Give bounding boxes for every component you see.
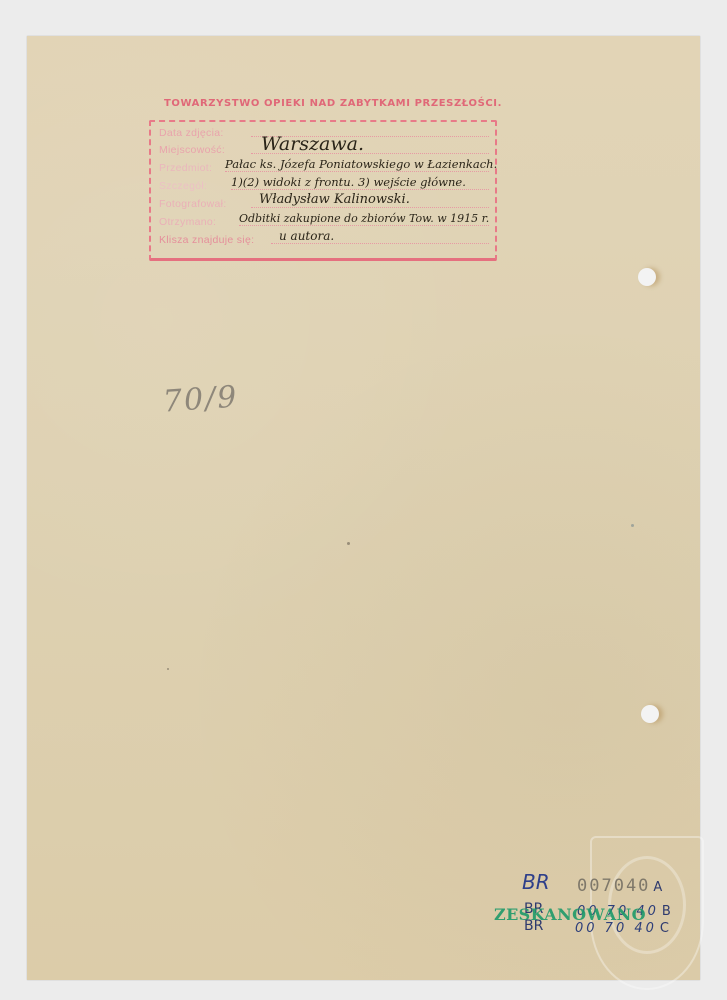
ink-speck	[167, 668, 169, 670]
document-sheet: TOWARZYSTWO OPIEKI NAD ZABYTKAMI PRZESZŁ…	[27, 36, 700, 980]
field-value: Władysław Kalinowski.	[259, 192, 410, 207]
punch-hole-bottom	[641, 705, 659, 723]
field-label: Data zdjęcia:	[159, 127, 251, 139]
catalog-numbers: BR 007040A BR 00 70 40B BR 00 70 40C	[497, 826, 697, 976]
field-label: Klisza znajduje się:	[159, 234, 271, 246]
field-label: Miejscowość:	[159, 144, 251, 156]
catalog-number-a: 007040A	[577, 876, 662, 896]
punch-hole-top	[638, 268, 656, 286]
field-label: Szczegół:	[159, 180, 231, 192]
field-negative: Klisza znajduje się: u autora.	[159, 231, 489, 246]
scanned-stamp: ZESKANOWANO	[494, 905, 646, 924]
field-value: Warszawa.	[261, 133, 364, 155]
field-value: u autora.	[279, 229, 334, 243]
pencil-inventory-note: 70/9	[162, 379, 240, 419]
field-value: Odbitki zakupione do zbiorów Tow. w 1915…	[239, 212, 489, 225]
field-label: Fotografował:	[159, 198, 251, 210]
field-subject: Przedmiot: Pałac ks. Józefa Poniatowskie…	[159, 159, 489, 174]
catalog-suffix: A	[653, 880, 662, 895]
catalog-prefix: BR	[522, 870, 550, 894]
society-stamp: TOWARZYSTWO OPIEKI NAD ZABYTKAMI PRZESZŁ…	[147, 98, 519, 262]
field-value: 1)(2) widoki z frontu. 3) wejście główne…	[231, 175, 466, 189]
stamp-header: TOWARZYSTWO OPIEKI NAD ZABYTKAMI PRZESZŁ…	[147, 98, 519, 109]
field-received: Otrzymano: Odbitki zakupione do zbiorów …	[159, 213, 489, 228]
field-photographer: Fotografował: Władysław Kalinowski.	[159, 195, 489, 210]
field-label: Otrzymano:	[159, 216, 239, 228]
ink-speck	[631, 524, 634, 527]
ink-speck	[347, 542, 350, 545]
field-value: Pałac ks. Józefa Poniatowskiego w Łazien…	[225, 157, 497, 171]
field-place: Miejscowość: Warszawa.	[159, 141, 489, 156]
catalog-number: 007040	[577, 876, 650, 896]
field-label: Przedmiot:	[159, 162, 225, 174]
catalog-suffix: C	[660, 921, 669, 936]
catalog-row-a: BR	[522, 870, 550, 894]
field-detail: Szczegół: 1)(2) widoki z frontu. 3) wejś…	[159, 177, 489, 192]
stamp-frame: Data zdjęcia: Miejscowość: Warszawa. Prz…	[149, 120, 497, 261]
